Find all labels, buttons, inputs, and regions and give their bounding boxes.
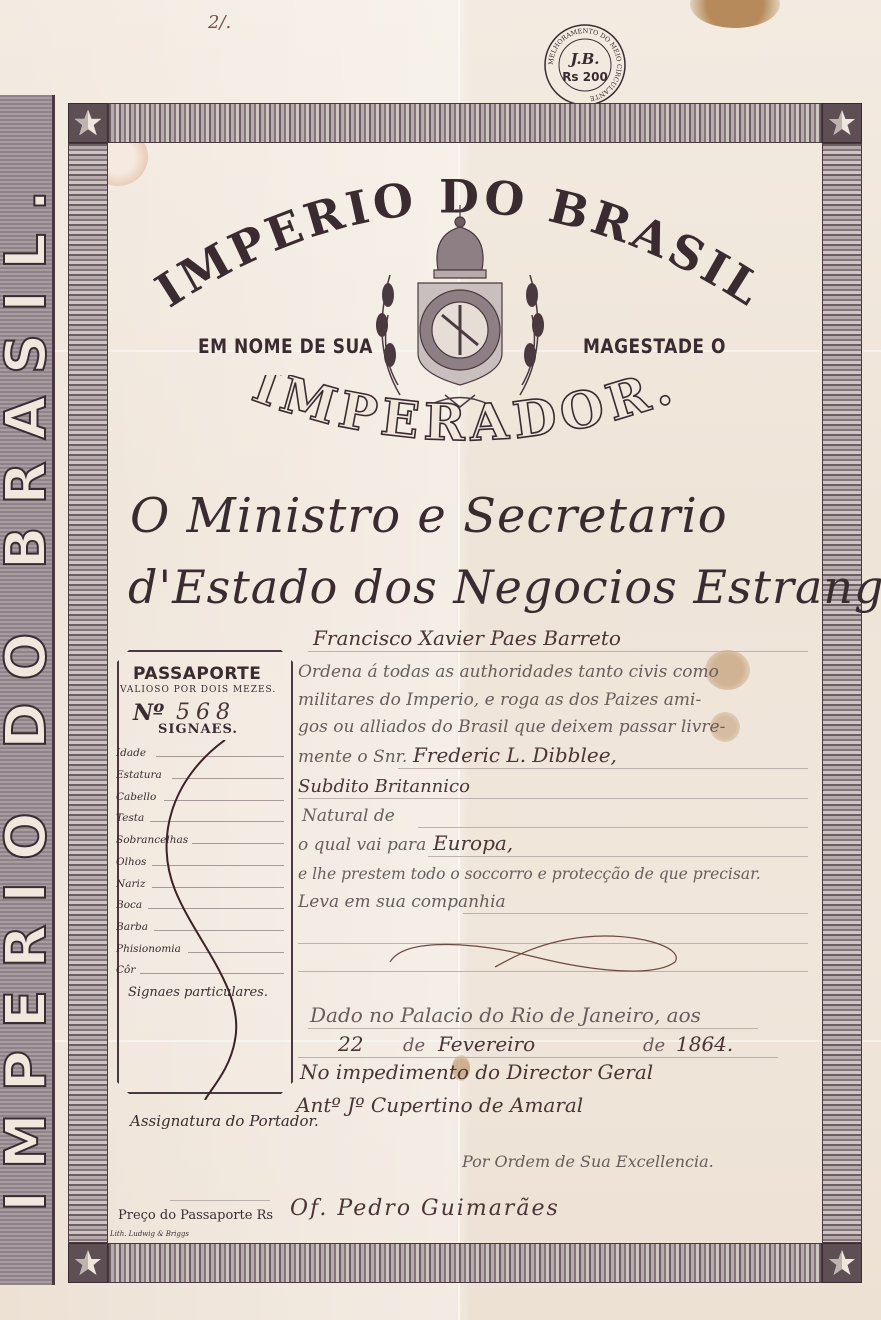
header-phrase-left: EM NOME DE SUA (198, 336, 373, 359)
nationality-value: Subdito Britannico (298, 776, 470, 797)
by-order-text: Por Ordem de Sua Excellencia. (462, 1152, 714, 1171)
issuer-title-line-1: O Ministro e Secretario (130, 488, 728, 544)
star-icon (68, 1243, 108, 1283)
bearer-name: Frederic L. Dibblee, (413, 743, 617, 767)
official-signature: Of. Pedro Guimarães (290, 1196, 560, 1221)
issuance-date-line: 22 de Fevereiro de 1864. (298, 1034, 778, 1060)
bearer-line: mente o Snr. Frederic L. Dibblee, (298, 745, 808, 771)
minister-name-line: Francisco Xavier Paes Barreto (298, 628, 808, 654)
body-line-3: gos ou alliados do Brasil que deixem pas… (298, 715, 808, 741)
price-label: Preço do Passaporte Rs (118, 1208, 273, 1223)
filler-swash (385, 932, 685, 977)
companions-line: Leva em sua companhia (298, 890, 808, 916)
stamp-value: Rs 200 (562, 70, 608, 84)
nationality-line: Subdito Britannico (298, 775, 808, 801)
issue-day: 22 (338, 1032, 363, 1056)
minister-name: Francisco Xavier Paes Barreto (313, 626, 621, 650)
frame-border-left (68, 143, 108, 1243)
issuance-place-line: Dado no Palacio do Rio de Janeiro, aos (298, 1005, 768, 1031)
destination-line: o qual vai para Europa, (298, 833, 808, 859)
imperador-heading: IMPERADOR. (230, 375, 700, 485)
passport-title: PASSAPORTE (133, 664, 261, 684)
frame-border-top (108, 103, 822, 143)
lithographer-credit: Lith. Ludwig & Briggs (110, 1230, 189, 1238)
issue-year: 1864. (676, 1032, 733, 1056)
frame-border-right (822, 143, 862, 1243)
header-phrase-right: MAGESTADE O (583, 336, 726, 359)
body-line-2: militares do Imperio, e roga as dos Paiz… (298, 688, 808, 714)
stamp-initials: J.B. (567, 50, 599, 68)
bearer-signature-label: Assignatura do Portador. (130, 1112, 319, 1130)
assistance-line: e lhe prestem todo o soccorro e protecçã… (298, 861, 808, 887)
revenue-stamp: MELHORAMENTO DO MEIO CIRCULANTE J.B. Rs … (541, 24, 629, 106)
destination-value: Europa, (433, 831, 513, 855)
star-icon (822, 103, 862, 143)
passport-validity: VALIOSO POR DOIS MEZES. (120, 685, 276, 695)
frame-border-bottom (108, 1243, 822, 1283)
natural-line: Natural de (298, 804, 808, 830)
star-icon (68, 103, 108, 143)
cancellation-swash (150, 740, 260, 1100)
issuer-title-line-2: d'Estado dos Negocios Estrangeiros (128, 560, 881, 614)
pencil-mark: 2/. (208, 12, 231, 33)
body-line-1: Ordena á todas as authoridades tanto civ… (298, 660, 808, 686)
bearer-signature-line (170, 1200, 270, 1201)
impediment-note: No impedimento do Director Geral (300, 1060, 653, 1084)
issue-month: Fevereiro (438, 1032, 535, 1056)
star-icon (822, 1243, 862, 1283)
counterfoil-text: IMPERIO DO BRASIL. (2, 95, 50, 1285)
signals-heading: SIGNAES. (158, 722, 238, 737)
svg-text:IMPERADOR.: IMPERADOR. (246, 375, 685, 452)
signatory-signature: Antº Jº Cupertino de Amaral (296, 1093, 583, 1117)
